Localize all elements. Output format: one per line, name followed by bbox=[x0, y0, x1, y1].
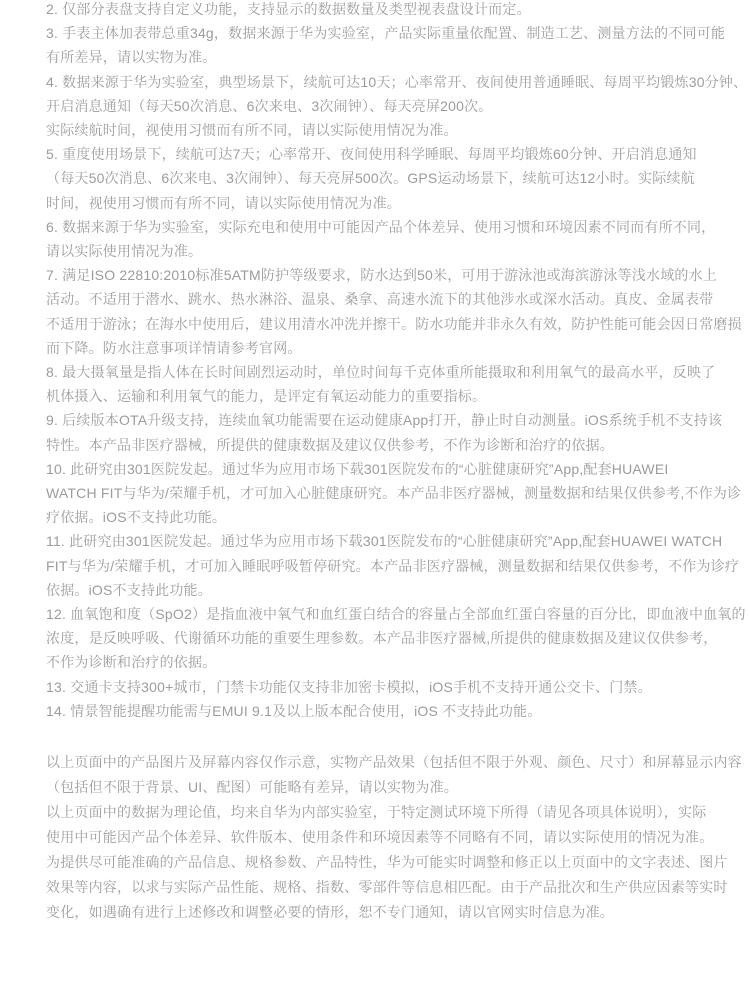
footnote-item-14: 14. 情景智能提醒功能需与EMUI 9.1及以上版本配合使用，iOS 不支持此… bbox=[46, 699, 750, 723]
footnote-item-8: 8. 最大摄氧量是指人体在长时间剧烈运动时，单位时间每千克体重所能摄取和利用氧气… bbox=[46, 360, 750, 408]
footnote-item-12: 12. 血氧饱和度（SpO2）是指血液中氧气和血红蛋白结合的容量占全部血红蛋白容… bbox=[46, 602, 750, 675]
footnote-item-6: 6. 数据来源于华为实验室，实际充电和使用中可能因产品个体差异、使用习惯和环境因… bbox=[46, 215, 750, 263]
footnote-item-2: 2. 仅部分表盘支持自定义功能，支持显示的数据数量及类型视表盘设计而定。 bbox=[46, 0, 750, 21]
footnote-item-13: 13. 交通卡支持300+城市，门禁卡功能仅支持非加密卡模拟，iOS手机不支持开… bbox=[46, 675, 750, 699]
footnote-item-5: 5. 重度使用场景下，续航可达7天；心率常开、夜间使用科学睡眠、每周平均锻炼60… bbox=[46, 142, 750, 215]
footnote-item-9: 9. 后续版本OTA升级支持，连续血氧功能需要在运动健康App打开，静止时自动测… bbox=[46, 408, 750, 456]
disclaimer-paragraph-2: 以上页面中的数据为理论值，均来自华为内部实验室，于特定测试环境下所得（请见各项具… bbox=[46, 800, 750, 850]
footnote-item-11: 11. 此研究由301医院发起。通过华为应用市场下载301医院发布的“心脏健康研… bbox=[46, 529, 750, 602]
footnote-item-10: 10. 此研究由301医院发起。通过华为应用市场下载301医院发布的“心脏健康研… bbox=[46, 457, 750, 530]
footnotes-section: 2. 仅部分表盘支持自定义功能，支持显示的数据数量及类型视表盘设计而定。 3. … bbox=[46, 0, 750, 723]
legal-disclaimer-section: 以上页面中的产品图片及屏幕内容仅作示意，实物产品效果（包括但不限于外观、颜色、尺… bbox=[46, 750, 750, 925]
disclaimer-paragraph-1: 以上页面中的产品图片及屏幕内容仅作示意，实物产品效果（包括但不限于外观、颜色、尺… bbox=[46, 750, 750, 800]
disclaimer-paragraph-3: 为提供尽可能准确的产品信息、规格参数、产品特性，华为可能实时调整和修正以上页面中… bbox=[46, 850, 750, 925]
footnote-item-3: 3. 手表主体加表带总重34g，数据来源于华为实验室，产品实际重量依配置、制造工… bbox=[46, 21, 750, 69]
product-notes-page: 2. 仅部分表盘支持自定义功能，支持显示的数据数量及类型视表盘设计而定。 3. … bbox=[0, 0, 750, 1006]
footnote-item-4: 4. 数据来源于华为实验室，典型场景下，续航可达10天；心率常开、夜间使用普通睡… bbox=[46, 70, 750, 143]
footnote-item-7: 7. 满足ISO 22810:2010标准5ATM防护等级要求，防水达到50米，… bbox=[46, 263, 750, 360]
text-column: 2. 仅部分表盘支持自定义功能，支持显示的数据数量及类型视表盘设计而定。 3. … bbox=[46, 0, 750, 925]
